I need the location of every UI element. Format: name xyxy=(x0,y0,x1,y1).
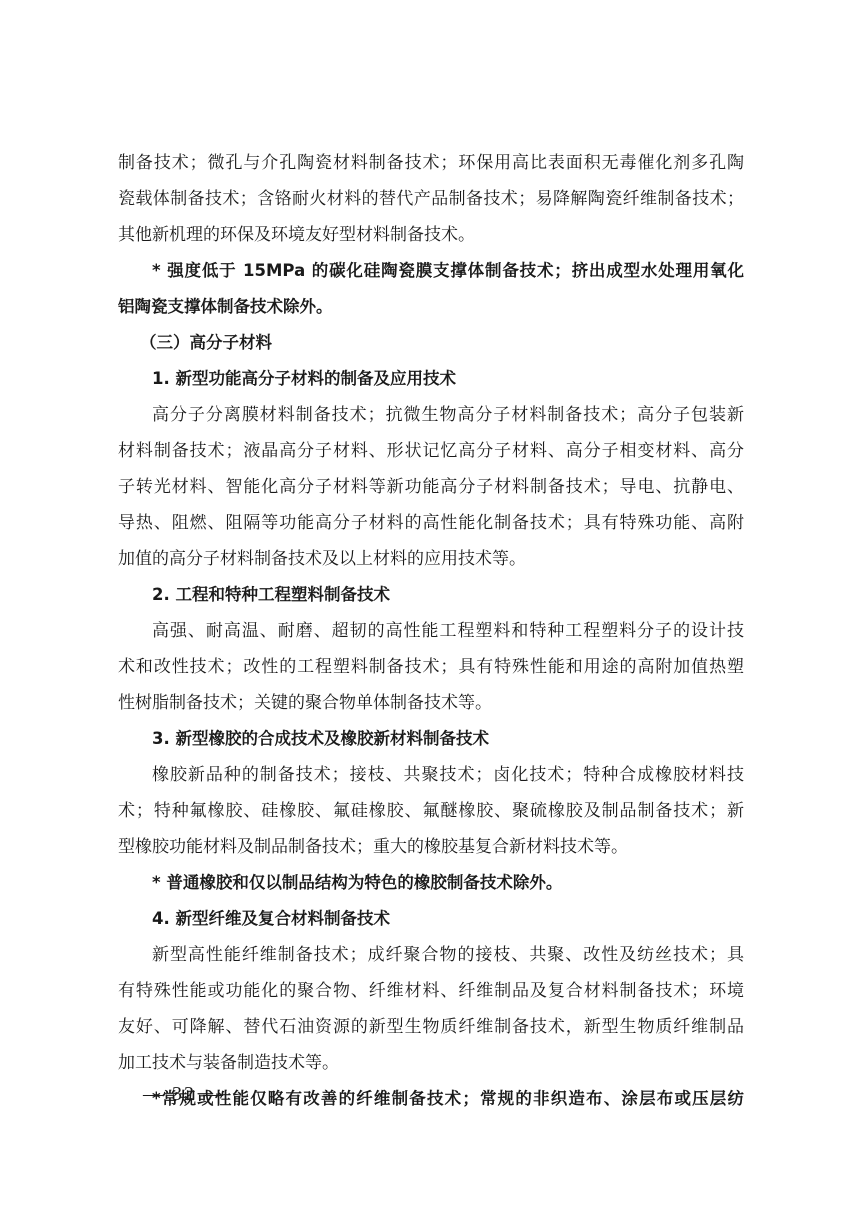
text-line: 友好、可降解、替代石油资源的新型生物质纤维制备技术，新型生物质纤维制品 xyxy=(118,1009,744,1045)
document-page: 制备技术；微孔与介孔陶瓷材料制备技术；环保用高比表面积无毒催化剂多孔陶 瓷载体制… xyxy=(118,145,744,1117)
subsection-title: 2. 工程和特种工程塑料制备技术 xyxy=(118,577,744,613)
text-line: * 强度低于 15MPa 的碳化硅陶瓷膜支撑体制备技术；挤出成型水处理用氧化 xyxy=(118,253,744,289)
text-line: 术和改性技术；改性的工程塑料制备技术；具有特殊性能和用途的高附加值热塑 xyxy=(118,649,744,685)
section-title: （三）高分子材料 xyxy=(118,325,744,361)
text-line: 新型高性能纤维制备技术；成纤聚合物的接枝、共聚、改性及纺丝技术；具 xyxy=(118,937,744,973)
text-line: 导热、阻燃、阻隔等功能高分子材料的高性能化制备技术；具有特殊功能、高附 xyxy=(118,505,744,541)
subsection-3: 3. 新型橡胶的合成技术及橡胶新材料制备技术 橡胶新品种的制备技术；接枝、共聚技… xyxy=(118,721,744,901)
text-line: 高分子分离膜材料制备技术；抗微生物高分子材料制备技术；高分子包装新 xyxy=(118,397,744,433)
subsection-1: 1. 新型功能高分子材料的制备及应用技术 高分子分离膜材料制备技术；抗微生物高分… xyxy=(118,361,744,577)
subsection-title: 1. 新型功能高分子材料的制备及应用技术 xyxy=(118,361,744,397)
ceramic-exclusion-note: * 强度低于 15MPa 的碳化硅陶瓷膜支撑体制备技术；挤出成型水处理用氧化 铝… xyxy=(118,253,744,325)
text-line: 高强、耐高温、耐磨、超韧的高性能工程塑料和特种工程塑料分子的设计技 xyxy=(118,613,744,649)
text-line: 其他新机理的环保及环境友好型材料制备技术。 xyxy=(118,217,744,253)
page-number: — 32 — xyxy=(143,1083,225,1106)
text-line: 术；特种氟橡胶、硅橡胶、氟硅橡胶、氟醚橡胶、聚硫橡胶及制品制备技术；新 xyxy=(118,793,744,829)
text-line: 橡胶新品种的制备技术；接枝、共聚技术；卤化技术；特种合成橡胶材料技 xyxy=(118,757,744,793)
text-line: 型橡胶功能材料及制品制备技术；重大的橡胶基复合新材料技术等。 xyxy=(118,829,744,865)
text-line: 铝陶瓷支撑体制备技术除外。 xyxy=(118,289,744,325)
subsection-2: 2. 工程和特种工程塑料制备技术 高强、耐高温、耐磨、超韧的高性能工程塑料和特种… xyxy=(118,577,744,721)
subsection-title: 3. 新型橡胶的合成技术及橡胶新材料制备技术 xyxy=(118,721,744,757)
text-line: 有特殊性能或功能化的聚合物、纤维材料、纤维制品及复合材料制备技术；环境 xyxy=(118,973,744,1009)
text-line: 材料制备技术；液晶高分子材料、形状记忆高分子材料、高分子相变材料、高分 xyxy=(118,433,744,469)
text-line: 制备技术；微孔与介孔陶瓷材料制备技术；环保用高比表面积无毒催化剂多孔陶 xyxy=(118,145,744,181)
text-line: 性树脂制备技术；关键的聚合物单体制备技术等。 xyxy=(118,685,744,721)
continuation-paragraph: 制备技术；微孔与介孔陶瓷材料制备技术；环保用高比表面积无毒催化剂多孔陶 瓷载体制… xyxy=(118,145,744,253)
rubber-exclusion-note: * 普通橡胶和仅以制品结构为特色的橡胶制备技术除外。 xyxy=(118,865,744,901)
text-line: 瓷载体制备技术；含铬耐火材料的替代产品制备技术；易降解陶瓷纤维制备技术； xyxy=(118,181,744,217)
subsection-title: 4. 新型纤维及复合材料制备技术 xyxy=(118,901,744,937)
text-line: 加值的高分子材料制备技术及以上材料的应用技术等。 xyxy=(118,541,744,577)
text-line: 子转光材料、智能化高分子材料等新功能高分子材料制备技术；导电、抗静电、 xyxy=(118,469,744,505)
text-line: 加工技术与装备制造技术等。 xyxy=(118,1045,744,1081)
